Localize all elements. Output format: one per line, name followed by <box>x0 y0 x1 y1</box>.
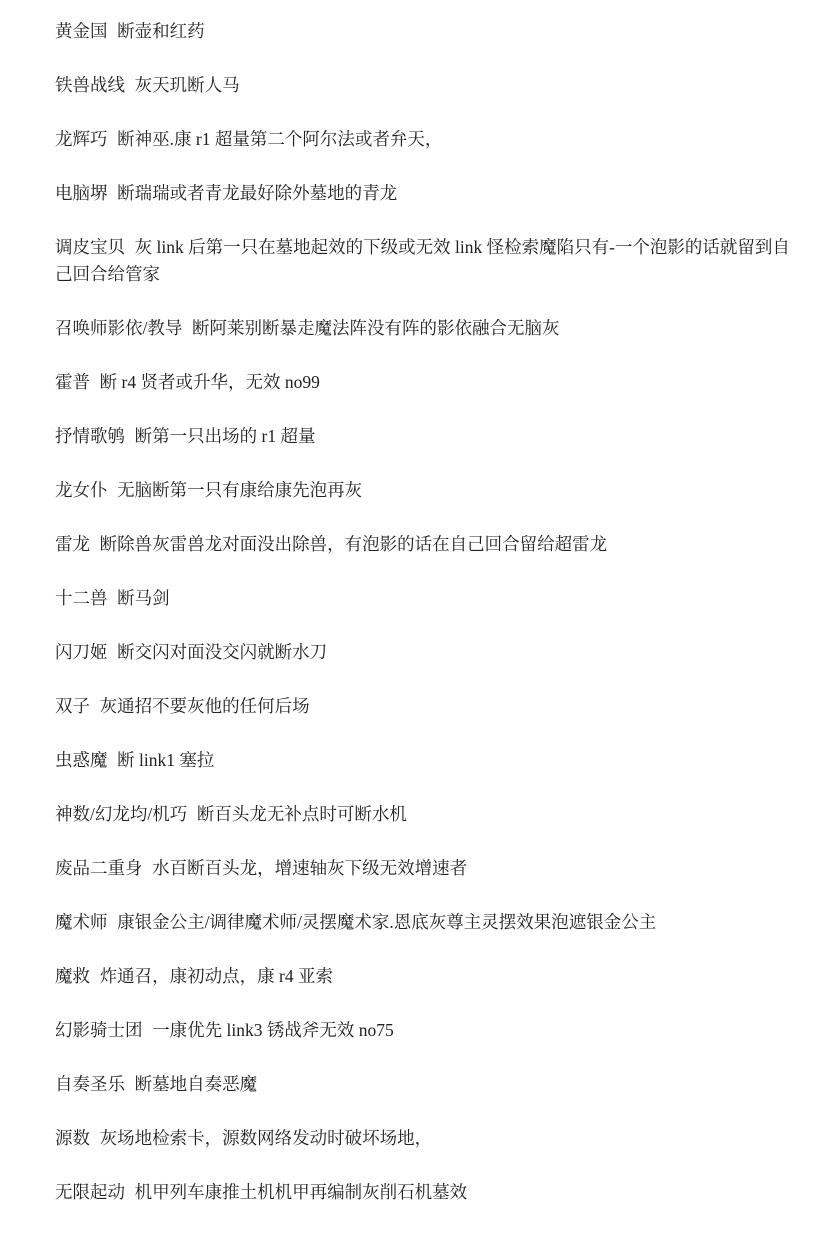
deck-entry: 无限起动机甲列车康推土机机甲再编制灰削石机墓效 <box>55 1179 796 1206</box>
deck-entry: 召唤师影依/教导断阿莱别断暴走魔法阵没有阵的影依融合无脑灰 <box>55 315 796 342</box>
deck-name: 自奏圣乐 <box>55 1074 125 1094</box>
deck-entry: 自奏圣乐断墓地自奏恶魔 <box>55 1071 796 1098</box>
deck-note: 断除兽灰雷兽龙对面没出除兽，有泡影的话在自己回合留给超雷龙 <box>100 534 608 554</box>
deck-entry: 废品二重身水百断百头龙，增速轴灰下级无效增速者 <box>55 855 796 882</box>
deck-entry: 铁兽战线灰天玑断人马 <box>55 72 796 99</box>
deck-name: 铁兽战线 <box>55 75 125 95</box>
deck-note: 断墓地自奏恶魔 <box>135 1074 258 1094</box>
deck-name: 霍普 <box>55 372 90 392</box>
deck-name: 龙辉巧 <box>55 129 108 149</box>
deck-name: 神数/幻龙均/机巧 <box>55 804 187 824</box>
deck-name: 幻影骑士团 <box>55 1020 143 1040</box>
deck-note: 炸通召，康初动点，康 r4 亚索 <box>100 966 333 986</box>
deck-entry: 龙女仆无脑断第一只有康给康先泡再灰 <box>55 477 796 504</box>
deck-note: 灰通招不要灰他的任何后场 <box>100 696 310 716</box>
deck-note: 断马剑 <box>117 588 170 608</box>
deck-entry: 霍普断 r4 贤者或升华，无效 no99 <box>55 369 796 396</box>
deck-note: 断壶和红药 <box>117 21 205 41</box>
deck-note: 水百断百头龙，增速轴灰下级无效增速者 <box>152 858 467 878</box>
deck-entry: 黄金国断壶和红药 <box>55 18 796 45</box>
deck-note: 断神巫.康 r1 超量第二个阿尔法或者弁天， <box>117 129 442 149</box>
deck-name: 魔救 <box>55 966 90 986</box>
deck-note: 断百头龙无补点时可断水机 <box>197 804 407 824</box>
deck-entry: 魔救炸通召，康初动点，康 r4 亚索 <box>55 963 796 990</box>
document-page: 黄金国断壶和红药 铁兽战线灰天玑断人马 龙辉巧断神巫.康 r1 超量第二个阿尔法… <box>0 0 828 1248</box>
deck-name: 废品二重身 <box>55 858 143 878</box>
deck-name: 闪刀姬 <box>55 642 108 662</box>
deck-entry: 抒情歌鸲断第一只出场的 r1 超量 <box>55 423 796 450</box>
deck-name: 双子 <box>55 696 90 716</box>
deck-note: 断瑞瑞或者青龙最好除外墓地的青龙 <box>117 183 397 203</box>
deck-name: 虫惑魔 <box>55 750 108 770</box>
deck-note: 灰场地检索卡，源数网络发动时破坏场地， <box>100 1128 433 1148</box>
deck-note: 一康优先 link3 锈战斧无效 no75 <box>152 1020 394 1040</box>
deck-note: 断第一只出场的 r1 超量 <box>135 426 316 446</box>
deck-note: 无脑断第一只有康给康先泡再灰 <box>117 480 362 500</box>
deck-name: 雷龙 <box>55 534 90 554</box>
deck-name: 电脑堺 <box>55 183 108 203</box>
deck-name: 十二兽 <box>55 588 108 608</box>
deck-name: 调皮宝贝 <box>55 237 125 257</box>
deck-entry: 幻影骑士团一康优先 link3 锈战斧无效 no75 <box>55 1017 796 1044</box>
deck-note: 断 r4 贤者或升华，无效 no99 <box>100 372 320 392</box>
deck-note: 灰天玑断人马 <box>135 75 240 95</box>
deck-name: 黄金国 <box>55 21 108 41</box>
deck-name: 魔术师 <box>55 912 108 932</box>
deck-note: 灰 link 后第一只在墓地起效的下级或无效 link 怪检索魔陷只有-一个泡影… <box>55 237 790 284</box>
deck-entry: 十二兽断马剑 <box>55 585 796 612</box>
deck-entry: 虫惑魔断 link1 塞拉 <box>55 747 796 774</box>
deck-name: 召唤师影依/教导 <box>55 318 182 338</box>
deck-entry: 源数灰场地检索卡，源数网络发动时破坏场地， <box>55 1125 796 1152</box>
deck-entry: 调皮宝贝灰 link 后第一只在墓地起效的下级或无效 link 怪检索魔陷只有-… <box>55 234 796 288</box>
deck-entry: 双子灰通招不要灰他的任何后场 <box>55 693 796 720</box>
deck-name: 抒情歌鸲 <box>55 426 125 446</box>
deck-note: 断交闪对面没交闪就断水刀 <box>117 642 327 662</box>
deck-name: 龙女仆 <box>55 480 108 500</box>
deck-entry: 电脑堺断瑞瑞或者青龙最好除外墓地的青龙 <box>55 180 796 207</box>
deck-note: 断阿莱别断暴走魔法阵没有阵的影依融合无脑灰 <box>192 318 560 338</box>
deck-entry: 雷龙断除兽灰雷兽龙对面没出除兽，有泡影的话在自己回合留给超雷龙 <box>55 531 796 558</box>
deck-note: 机甲列车康推土机机甲再编制灰削石机墓效 <box>135 1182 468 1202</box>
deck-entry: 龙辉巧断神巫.康 r1 超量第二个阿尔法或者弁天， <box>55 126 796 153</box>
deck-note: 康银金公主/调律魔术师/灵摆魔术家.恩底灰尊主灵摆效果泡遮银金公主 <box>117 912 656 932</box>
deck-entry: 闪刀姬断交闪对面没交闪就断水刀 <box>55 639 796 666</box>
deck-note: 断 link1 塞拉 <box>117 750 214 770</box>
deck-name: 无限起动 <box>55 1182 125 1202</box>
deck-name: 源数 <box>55 1128 90 1148</box>
deck-entry: 魔术师康银金公主/调律魔术师/灵摆魔术家.恩底灰尊主灵摆效果泡遮银金公主 <box>55 909 796 936</box>
deck-entry: 神数/幻龙均/机巧断百头龙无补点时可断水机 <box>55 801 796 828</box>
